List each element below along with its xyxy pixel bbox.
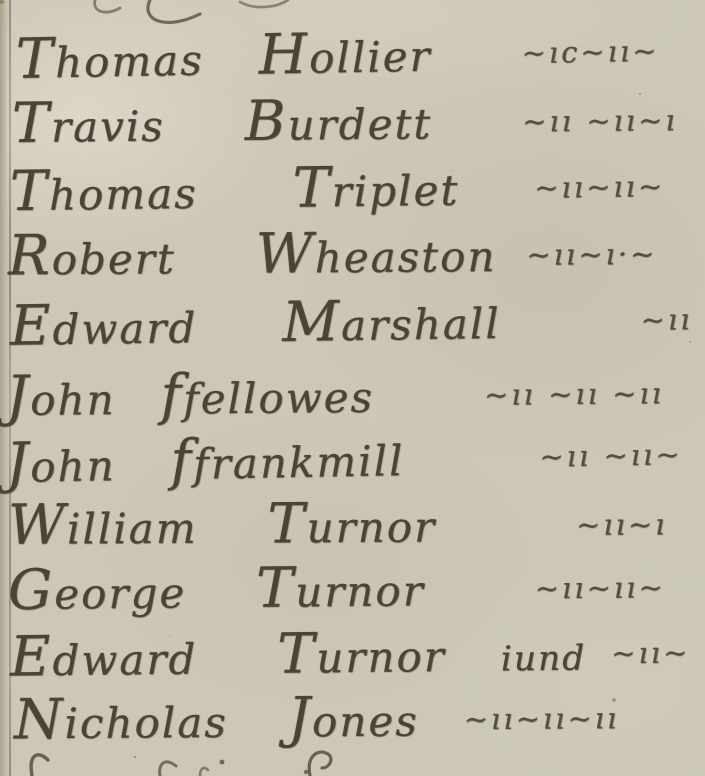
tally-marks: ~ıı~ı — [576, 498, 668, 550]
tally-marks: ~ıı ~ıı ~ıı — [484, 367, 664, 421]
name-suffix: iund — [501, 633, 587, 686]
manuscript-line: John ffrankmill ~ıı ~ıı~ — [0, 426, 705, 498]
given-name: Thomas — [10, 164, 198, 222]
given-name: Edward — [10, 630, 198, 688]
surname: Triplet — [292, 161, 459, 219]
manuscript-line: Thomas Hollier ~ıc~ıı~ — [0, 22, 705, 94]
manuscript-line: John ffellowes ~ıı ~ıı ~ıı — [0, 365, 705, 431]
tally-marks: ~ıı ~ıı~ı — [522, 94, 678, 147]
surname: ffrankmill — [170, 431, 405, 491]
manuscript-line: George Turnor ~ıı~ıı~ — [0, 559, 705, 625]
manuscript-line: Travis Burdett ~ıı ~ıı~ı — [0, 92, 705, 158]
surname: Burdett — [245, 94, 433, 152]
given-name: John — [6, 370, 116, 427]
surname: Turnor — [277, 627, 446, 685]
given-name: William — [8, 499, 198, 556]
surname: Wheaston — [256, 227, 497, 285]
given-name: John — [6, 436, 117, 494]
manuscript-line: Edward Turnor iund ~ıı~ — [0, 624, 705, 691]
tally-marks: ~ıı~ıı~ıı — [464, 692, 620, 745]
surname: ffellowes — [160, 368, 374, 426]
given-name: Thomas — [16, 31, 205, 90]
manuscript-line: Thomas Triplet ~ıı~ıı~ — [0, 158, 705, 227]
tally-marks: ~ıı ~ıı~ — [539, 428, 683, 482]
surname: Hollier — [258, 27, 432, 86]
tally-marks: ~ıc~ıı~ — [521, 25, 660, 79]
manuscript-line: William Turnor ~ıı~ı — [0, 496, 705, 560]
manuscript-line: Nicholas Jones ~ıı~ıı~ıı — [0, 690, 705, 755]
tally-marks: ~ıı~ıı~ — [535, 561, 666, 614]
tally-marks: ~ıı ~ıı — [640, 292, 705, 346]
ink-layer: Thomas Hollier ~ıc~ıı~ Travis Burdett ~ı… — [0, 0, 705, 776]
surname: Jones — [288, 692, 419, 749]
tally-marks: ~ıı~ıı~ — [534, 160, 666, 214]
given-name: Travis — [12, 97, 165, 154]
given-name: Robert — [8, 229, 176, 286]
manuscript-line: Edward Marshall ~ıı ~ıı — [0, 291, 705, 361]
surname: Turnor — [267, 498, 436, 555]
manuscript-page: Thomas Hollier ~ıc~ıı~ Travis Burdett ~ı… — [0, 0, 705, 776]
tally-marks: ~ıı~ı·~ — [526, 228, 657, 281]
given-name: George — [8, 563, 187, 621]
tally-marks: ~ıı~ — [611, 626, 691, 679]
given-name: Edward — [10, 298, 198, 357]
surname: Turnor — [256, 561, 425, 618]
surname: Marshall — [282, 294, 501, 353]
given-name: Nicholas — [14, 693, 228, 750]
manuscript-line: Robert Wheaston ~ıı~ı·~ — [0, 226, 705, 291]
